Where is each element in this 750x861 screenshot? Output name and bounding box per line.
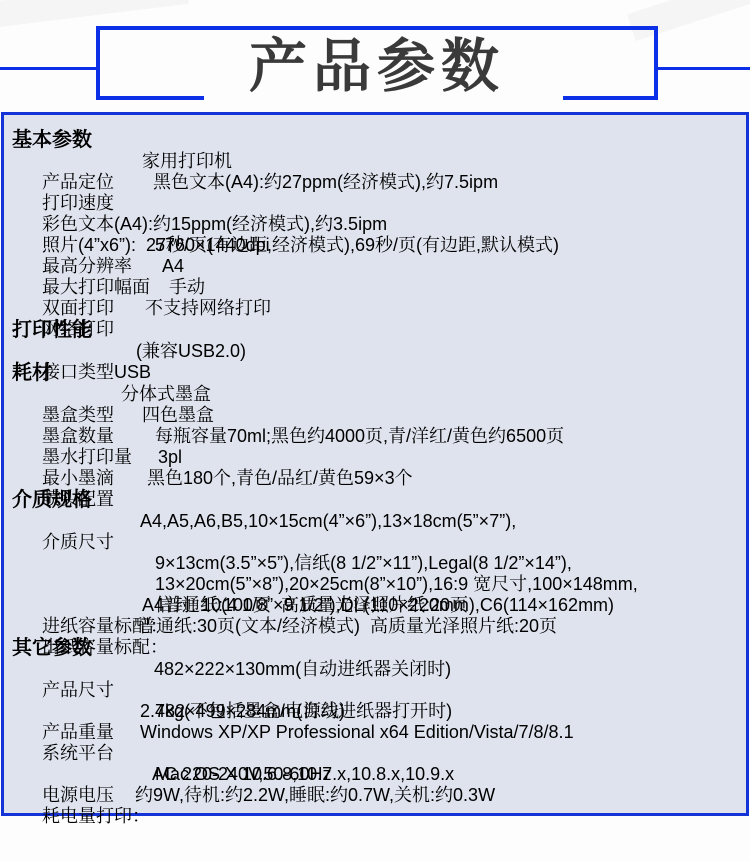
- spec-row: 最高分辨率 5760×1440dpi: [12, 235, 742, 256]
- spec-panel: 基本参数 产品定位 家用打印机 打印速度 黑色文本(A4):约27ppm(经济模…: [1, 112, 749, 816]
- spec-row: 进纸容量标配： A4普通纸:100页 高质量光泽照片纸:20页: [12, 595, 742, 616]
- section-heading: 介质规格: [12, 489, 742, 511]
- spec-row: 喷头配置 黑色180个,青色/品红/黄色59×3个: [12, 468, 742, 489]
- spec-label: 网络打印: [42, 319, 114, 339]
- spec-value: 四色墨盒: [142, 405, 214, 426]
- page-title-box: 产品参数: [96, 26, 658, 100]
- spec-value: 分体式墨盒: [121, 384, 211, 405]
- spec-row-continuation: Mac OS X 10.6.8,10.7.x,10.8.x,10.9.x: [12, 743, 742, 764]
- spec-row: 出纸容量标配： 普通纸:30页(文本/经济模式) 高质量光泽照片纸:20页: [12, 616, 742, 637]
- spec-row: 产品重量 2.7kg(不包括墨盒/电源线): [12, 701, 742, 722]
- spec-row: 产品尺寸 482×222×130mm(自动进纸器关闭时): [12, 659, 742, 680]
- section-heading: 基本参数: [12, 129, 742, 151]
- spec-row: 网络打印 不支持网络打印: [12, 298, 742, 319]
- spec-row-continuation: 13×20cm(5”×8”),20×25cm(8”×10”),16:9 宽尺寸,…: [12, 553, 742, 574]
- title-box-bottom-right-segment: [563, 96, 658, 100]
- spec-row: 双面打印 手动: [12, 277, 742, 298]
- spec-value: 5760×1440dpi: [155, 235, 270, 256]
- section-heading: 打印性能: [12, 319, 742, 341]
- spec-row: 最大打印幅面 A4: [12, 256, 742, 277]
- spec-row-continuation: 482×499×284mm(自动进纸器打开时): [12, 680, 742, 701]
- spec-label: 喷头配置: [42, 489, 114, 509]
- spec-value: 家用打印机: [142, 151, 232, 172]
- spec-row-continuation: 信封: 10(4 1/8”×9 1/2”),DL(110×220mm),C6(1…: [12, 574, 742, 595]
- spec-value: A4,A5,A6,B5,10×15cm(4”×6”),13×18cm(5”×7”…: [140, 511, 516, 532]
- spec-row: 最小墨滴 3pl: [12, 447, 742, 468]
- spec-row: 系统平台 Windows XP/XP Professional x64 Edit…: [12, 722, 742, 743]
- spec-row: 电源电压 AC 220-240V,50-60Hz: [12, 764, 742, 785]
- header-line-right: [658, 67, 750, 70]
- spec-value: 482×222×130mm(自动进纸器关闭时): [154, 659, 451, 680]
- spec-row: 墨盒数量 四色墨盒: [12, 405, 742, 426]
- page-title: 产品参数: [100, 35, 654, 97]
- spec-value: 不支持网络打印: [145, 298, 271, 319]
- spec-value: 3pl: [158, 447, 182, 468]
- spec-label: 出纸容量标配：: [42, 637, 168, 657]
- spec-value: A4: [162, 256, 184, 277]
- spec-value: 2.7kg(不包括墨盒/电源线): [140, 701, 345, 722]
- spec-row: 照片(4”x6”): 27秒/页(有边距,经济模式),69秒/页(有边距,默认模…: [12, 214, 742, 235]
- spec-row: 接口类型USB (兼容USB2.0): [12, 341, 742, 362]
- spec-row: 打印速度 黑色文本(A4):约27ppm(经济模式),约7.5ipm: [12, 172, 742, 193]
- title-box-bottom-left-segment: [96, 96, 204, 100]
- spec-value: 约9W,待机:约2.2W,睡眠:约0.7W,关机:约0.3W: [135, 785, 495, 806]
- spec-value: A4普通纸:100页 高质量光泽照片纸:20页: [142, 595, 468, 616]
- spec-value: Windows XP/XP Professional x64 Edition/V…: [140, 722, 574, 743]
- spec-label: 耗电量打印：: [42, 806, 150, 826]
- spec-row: 墨水打印量 每瓶容量70ml;黑色约4000页,青/洋红/黄色约6500页: [12, 426, 742, 447]
- spec-value: 黑色文本(A4):约27ppm(经济模式),约7.5ipm: [153, 172, 498, 193]
- spec-row: 彩色文本(A4):约15ppm(经济模式),约3.5ipm: [12, 193, 742, 214]
- background-smudge: [0, 0, 189, 28]
- spec-row: 产品定位 家用打印机: [12, 151, 742, 172]
- spec-value: 黑色180个,青色/品红/黄色59×3个: [147, 468, 413, 489]
- spec-row: 耗电量打印： 约9W,待机:约2.2W,睡眠:约0.7W,关机:约0.3W: [12, 785, 742, 806]
- spec-value: 普通纸:30页(文本/经济模式) 高质量光泽照片纸:20页: [138, 616, 557, 637]
- spec-value: 手动: [169, 277, 205, 298]
- spec-value: 每瓶容量70ml;黑色约4000页,青/洋红/黄色约6500页: [155, 426, 564, 447]
- spec-label: 接口类型USB: [42, 362, 151, 382]
- spec-row: 介质尺寸 A4,A5,A6,B5,10×15cm(4”×6”),13×18cm(…: [12, 511, 742, 532]
- spec-value: AC 220-240V,50-60Hz: [152, 764, 331, 785]
- product-parameters-page: 产品参数 基本参数 产品定位 家用打印机 打印速度 黑色文本(A4):约27pp…: [0, 0, 750, 861]
- header-line-left: [0, 67, 96, 70]
- spec-row-continuation: 9×13cm(3.5”×5”),信纸(8 1/2”×11”),Legal(8 1…: [12, 532, 742, 553]
- spec-row: 墨盒类型 分体式墨盒: [12, 384, 742, 405]
- spec-value: (兼容USB2.0): [136, 341, 246, 362]
